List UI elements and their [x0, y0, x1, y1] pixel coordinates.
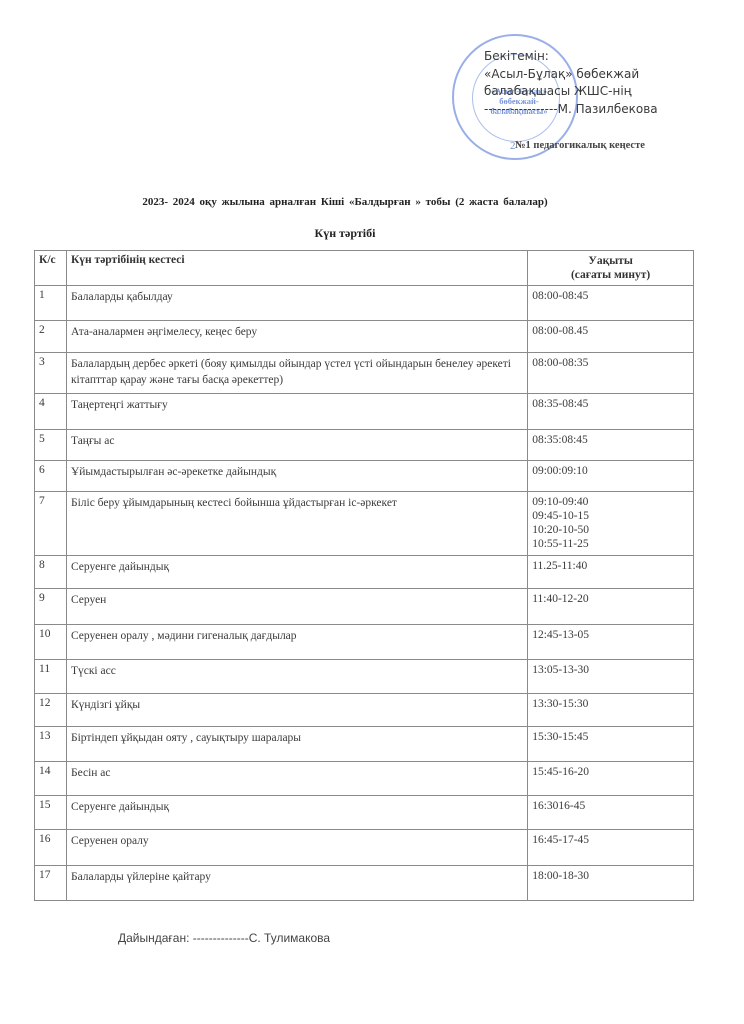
time-slot: 10:55-11-25 [532, 537, 689, 551]
table-row: 14Бесін ас15:45-16-20 [35, 762, 694, 796]
row-number: 10 [35, 625, 67, 660]
approval-line: Бекітемін: [484, 48, 658, 66]
row-time: 08:00-08:35 [528, 353, 694, 394]
row-time: 08:35-08:45 [528, 394, 694, 430]
table-row: 10Серуенен оралу , мәдини гигеналық дағд… [35, 625, 694, 660]
table-row: 3Балалардың дербес әркеті (бояу қимылды … [35, 353, 694, 394]
row-number: 9 [35, 589, 67, 625]
row-time: 15:30-15:45 [528, 727, 694, 762]
table-row: 7Біліс беру ұйымдарының кестесі бойынша … [35, 492, 694, 556]
time-slot: 09:00:09:10 [532, 464, 689, 478]
time-slot: 12:45-13-05 [532, 628, 689, 642]
row-activity: Түскі асс [66, 660, 527, 694]
row-number: 4 [35, 394, 67, 430]
table-header-row: К/с Күн тәртібінің кестесі Уақыты (сағат… [35, 251, 694, 286]
row-time: 16:45-17-45 [528, 830, 694, 866]
time-slot: 08:00-08:45 [532, 289, 689, 303]
row-time: 16:3016-45 [528, 796, 694, 830]
row-number: 1 [35, 286, 67, 321]
table-row: 8Серуенге дайындық11.25-11:40 [35, 556, 694, 589]
time-slot: 16:3016-45 [532, 799, 689, 813]
row-number: 8 [35, 556, 67, 589]
table-row: 12Күндізгі ұйқы13:30-15:30 [35, 694, 694, 727]
header-number: К/с [35, 251, 67, 286]
row-number: 15 [35, 796, 67, 830]
row-number: 12 [35, 694, 67, 727]
row-activity: Балаларды үйлеріне қайтару [66, 866, 527, 901]
time-slot: 18:00-18-30 [532, 869, 689, 883]
row-number: 16 [35, 830, 67, 866]
time-slot: 09:45-10-15 [532, 509, 689, 523]
row-activity: Таңертеңгі жаттығу [66, 394, 527, 430]
time-slot: 15:30-15:45 [532, 730, 689, 744]
time-slot: 08:35:08:45 [532, 433, 689, 447]
row-number: 2 [35, 321, 67, 353]
table-row: 11Түскі асс13:05-13-30 [35, 660, 694, 694]
header-activity: Күн тәртібінің кестесі [66, 251, 527, 286]
council-note: №1 педагогикалық кеңесте [515, 140, 645, 151]
row-number: 13 [35, 727, 67, 762]
row-activity: Ата-аналармен әңгімелесу, кеңес беру [66, 321, 527, 353]
time-slot: 11:40-12-20 [532, 592, 689, 606]
row-activity: Балалардың дербес әркеті (бояу қимылды о… [66, 353, 527, 394]
row-activity: Біліс беру ұйымдарының кестесі бойынша ұ… [66, 492, 527, 556]
row-number: 6 [35, 461, 67, 492]
row-activity: Бесін ас [66, 762, 527, 796]
row-activity: Серуенен оралу [66, 830, 527, 866]
approval-line: «Асыл-Бұлақ» бөбекжай [484, 66, 658, 84]
row-activity: Серуенен оралу , мәдини гигеналық дағдыл… [66, 625, 527, 660]
table-row: 9Серуен11:40-12-20 [35, 589, 694, 625]
time-slot: 09:10-09:40 [532, 495, 689, 509]
table-row: 1Балаларды қабылдау08:00-08:45 [35, 286, 694, 321]
document-subtitle: Күн тәртібі [0, 226, 690, 241]
table-row: 16Серуенен оралу16:45-17-45 [35, 830, 694, 866]
time-slot: 11.25-11:40 [532, 559, 689, 573]
table-row: 2Ата-аналармен әңгімелесу, кеңес беру08:… [35, 321, 694, 353]
row-time: 18:00-18-30 [528, 866, 694, 901]
row-time: 13:30-15:30 [528, 694, 694, 727]
table-row: 13Біртіндеп ұйқыдан ояту , сауықтыру шар… [35, 727, 694, 762]
time-slot: 13:05-13-30 [532, 663, 689, 677]
schedule-table: К/с Күн тәртібінің кестесі Уақыты (сағат… [34, 250, 694, 901]
row-number: 3 [35, 353, 67, 394]
row-time: 11:40-12-20 [528, 589, 694, 625]
time-slot: 08:00-08.45 [532, 324, 689, 338]
row-time: 08:00-08:45 [528, 286, 694, 321]
time-slot: 15:45-16-20 [532, 765, 689, 779]
header-time-label: Уақыты [532, 254, 689, 268]
row-activity: Таңғы ас [66, 430, 527, 461]
row-activity: Серуенге дайындық [66, 796, 527, 830]
approval-block: Бекітемін: «Асыл-Бұлақ» бөбекжай балабақ… [484, 48, 658, 118]
row-time: 08:35:08:45 [528, 430, 694, 461]
row-activity: Біртіндеп ұйқыдан ояту , сауықтыру шарал… [66, 727, 527, 762]
row-activity: Ұйымдастырылған әс-әрекетке дайындық [66, 461, 527, 492]
row-number: 14 [35, 762, 67, 796]
document-title: 2023- 2024 оқу жылына арналған Кіші «Бал… [0, 196, 690, 208]
time-slot: 16:45-17-45 [532, 833, 689, 847]
row-activity: Серуенге дайындық [66, 556, 527, 589]
row-number: 11 [35, 660, 67, 694]
time-slot: 08:35-08:45 [532, 397, 689, 411]
row-time: 09:00:09:10 [528, 461, 694, 492]
row-time: 08:00-08.45 [528, 321, 694, 353]
row-number: 7 [35, 492, 67, 556]
row-time: 12:45-13-05 [528, 625, 694, 660]
row-activity: Балаларды қабылдау [66, 286, 527, 321]
row-time: 11.25-11:40 [528, 556, 694, 589]
prepared-by: Дайындаған: --------------С. Тулимакова [118, 931, 330, 945]
row-number: 17 [35, 866, 67, 901]
row-number: 5 [35, 430, 67, 461]
time-slot: 08:00-08:35 [532, 356, 689, 370]
row-time: 15:45-16-20 [528, 762, 694, 796]
row-activity: Күндізгі ұйқы [66, 694, 527, 727]
approval-line: балабақшасы ЖШС-нің [484, 83, 658, 101]
header-time-unit: (сағаты минут) [532, 268, 689, 282]
time-slot: 10:20-10-50 [532, 523, 689, 537]
row-activity: Серуен [66, 589, 527, 625]
table-row: 17Балаларды үйлеріне қайтару18:00-18-30 [35, 866, 694, 901]
table-row: 5Таңғы ас08:35:08:45 [35, 430, 694, 461]
time-slot: 13:30-15:30 [532, 697, 689, 711]
table-row: 15Серуенге дайындық16:3016-45 [35, 796, 694, 830]
header-time: Уақыты (сағаты минут) [528, 251, 694, 286]
table-row: 4 Таңертеңгі жаттығу08:35-08:45 [35, 394, 694, 430]
table-row: 6Ұйымдастырылған әс-әрекетке дайындық09:… [35, 461, 694, 492]
row-time: 13:05-13-30 [528, 660, 694, 694]
approval-line: -----------------М. Пазилбекова [484, 101, 658, 119]
row-time: 09:10-09:4009:45-10-1510:20-10-5010:55-1… [528, 492, 694, 556]
